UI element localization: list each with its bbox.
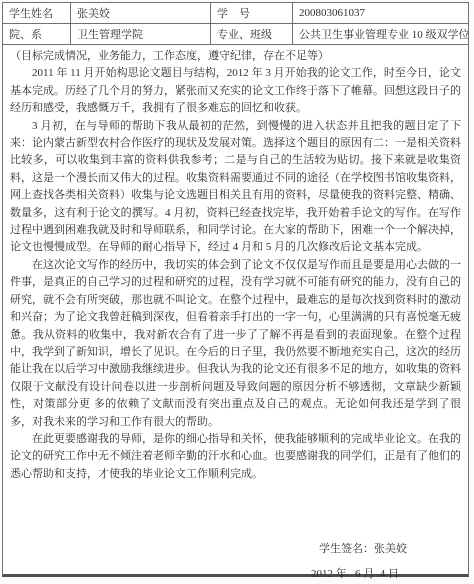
- student-info-table: 学生姓名 张美姣 学 号 200803061037 院、系 卫生管理学院 专业、…: [3, 3, 468, 45]
- student-name-value: 张美姣: [71, 3, 211, 24]
- summary-paragraph-4: 在此更要感谢我的导师，是你的细心指导和关怀，使我能够顺利的完成毕业论文。在我的论…: [10, 431, 461, 483]
- table-row: 院、系 卫生管理学院 专业、班级 公共卫生事业管理专业 10 级双学位班: [3, 24, 468, 45]
- major-class-label: 专业、班级: [211, 24, 293, 45]
- student-signature: 学生签名：张美姣: [319, 540, 407, 556]
- student-id-label: 学 号: [211, 3, 293, 24]
- student-name-label: 学生姓名: [3, 3, 71, 24]
- student-id-value: 200803061037: [293, 3, 469, 24]
- criteria-note: （目标完成情况，业务能力，工作态度，遵守纪律，存在不足等）: [10, 48, 461, 65]
- summary-paragraph-2: 3 月初，在与导师的帮助下我从最初的茫然，到慢慢的进入状态并且把我的题目定了下来…: [10, 118, 461, 257]
- summary-paragraph-3: 在这次论文写作的经历中，我切实的体会到了论文不仅仅是写作而且是要是用心去做的一件…: [10, 257, 461, 431]
- summary-paragraph-1: 2011 年 11 月开始构思论文题目与结构，2012 年 3 月开始我的论文工…: [10, 65, 461, 117]
- self-summary-section: （目标完成情况，业务能力，工作态度，遵守纪律，存在不足等） 2011 年 11 …: [3, 45, 468, 483]
- document-page: 学生姓名 张美姣 学 号 200803061037 院、系 卫生管理学院 专业、…: [2, 2, 469, 577]
- scanned-document: { "info_table": { "rows": [ { "cells": […: [0, 0, 474, 584]
- major-class-value: 公共卫生事业管理专业 10 级双学位班: [293, 24, 469, 45]
- department-label: 院、系: [3, 24, 71, 45]
- table-row: 学生姓名 张美姣 学 号 200803061037: [3, 3, 468, 24]
- department-value: 卫生管理学院: [71, 24, 211, 45]
- signature-date: 2012 年 6 月 4 日: [311, 565, 399, 581]
